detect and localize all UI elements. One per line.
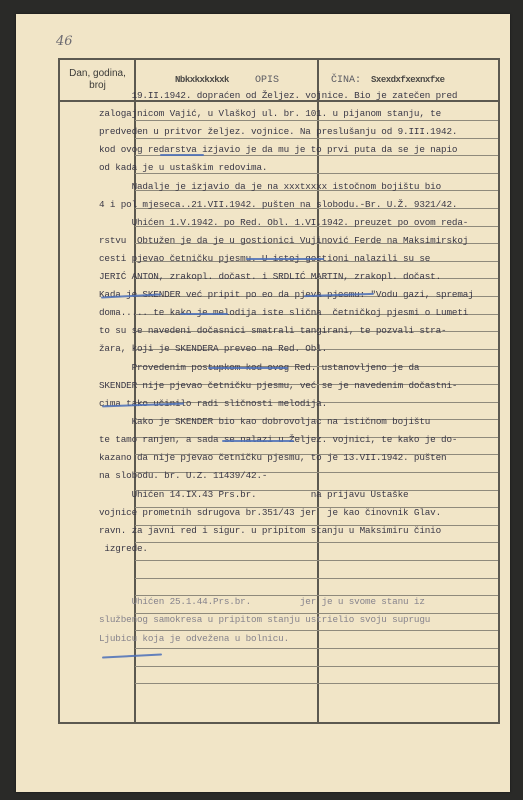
header-date-label: Dan, godina, bbox=[69, 68, 126, 80]
ruled-line bbox=[135, 120, 498, 121]
header-struck-text: Nbkxkxkxkxk bbox=[175, 75, 229, 85]
text-line: Ljubicu koja je odvežena u bolnicu. bbox=[99, 633, 289, 644]
text-line: na slobodu. br. U.Z. 11439/42.- bbox=[99, 470, 267, 481]
ruled-line bbox=[135, 542, 498, 543]
text-line: predveden u pritvor željez. vojnice. Na … bbox=[99, 126, 457, 137]
underline-vajic bbox=[160, 154, 204, 156]
underline-vujinovic bbox=[246, 258, 324, 260]
text-line: to su se navedeni dočasnici smatrali tan… bbox=[99, 325, 446, 336]
text-line: SKENDER nije pjevao četničku pjesmu, već… bbox=[99, 380, 457, 391]
text-line: službenog samokresa u pripitom stanju us… bbox=[99, 614, 430, 625]
text-line: 4 i pol mjeseca..21.VII.1942. pušten na … bbox=[99, 199, 457, 210]
page-number: 46 bbox=[56, 34, 73, 49]
header-cina-label: ČINA: bbox=[331, 75, 361, 86]
ruled-line bbox=[135, 578, 498, 579]
text-line: kazano da nije pjevao četničku pjesmu, t… bbox=[99, 452, 446, 463]
text-line: doma..... te kako je melodija iste sličn… bbox=[99, 307, 468, 318]
archive-document-page: 46 Dan, godina, broj Nbkxkxkxkxk OPIS ČI… bbox=[16, 14, 510, 792]
text-line: rstvu Obtužen je da je u gostionici Vuji… bbox=[99, 235, 468, 246]
underline-skender-3 bbox=[222, 440, 294, 442]
ruled-line bbox=[135, 630, 498, 631]
text-line: od kada je u ustaškim redovima. bbox=[99, 162, 267, 173]
text-line: vojnice prometnih sdrugova br.351/43 jer… bbox=[99, 507, 441, 518]
ruled-line bbox=[135, 138, 498, 139]
ruled-lines bbox=[135, 102, 498, 722]
text-line: zalogajnicom Vajić, u Vlaškoj ul. br. 10… bbox=[99, 108, 441, 119]
text-line: JERIĆ ANTON, zrakopl. dočast. i SRDLIĆ M… bbox=[99, 271, 441, 282]
ruled-line bbox=[135, 666, 498, 667]
underline-skender-1 bbox=[180, 313, 228, 315]
ruled-line bbox=[135, 560, 498, 561]
text-line: Uhićen 1.V.1942. po Red. Obl. 1.VI.1942.… bbox=[99, 217, 468, 228]
text-line: ravn. za javni red i sigur. u pripitom s… bbox=[99, 525, 441, 536]
text-line: Kako je SKENDER bio kao dobrovoljac na i… bbox=[99, 416, 430, 427]
header-struck-text-2: Sxexdxfxexnxfxe bbox=[371, 75, 445, 85]
text-line: kod ovog redarstva izjavio je da mu je t… bbox=[99, 144, 457, 155]
ruled-line bbox=[135, 683, 498, 684]
text-line: žara, koji je SKENDERA preveo na Red. Ob… bbox=[99, 343, 327, 354]
text-line: 19.II.1942. dopraćen od Željez. vojnice.… bbox=[99, 90, 457, 101]
ruled-line bbox=[135, 648, 498, 649]
text-line: Nadalje je izjavio da je na xxxtxxxx ist… bbox=[99, 181, 441, 192]
text-line: Uhićen 25.1.44.Prs.br. jer je u svome st… bbox=[99, 596, 425, 607]
text-line: Uhićen 14.IX.43 Prs.br. na prijavu Ustaš… bbox=[99, 489, 408, 500]
underline-skendera bbox=[208, 367, 288, 369]
text-line: izgrede. bbox=[99, 543, 148, 554]
header-opis-label: OPIS bbox=[255, 75, 279, 86]
